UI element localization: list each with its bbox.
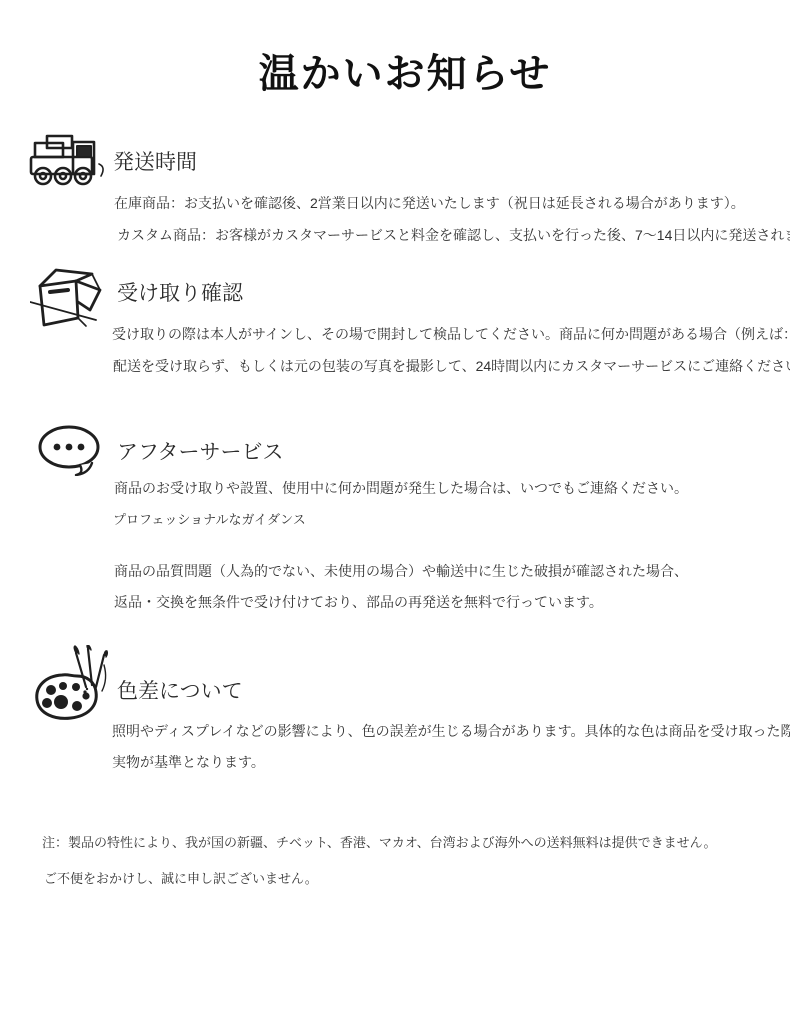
- receipt-confirmation-text: 受け取りの際は本人がサインし、その場で開封して検品してください。商品に何か問題が…: [112, 324, 790, 344]
- color-difference-text: 実物が基準となります。: [112, 752, 265, 772]
- open-box-icon: [30, 262, 112, 334]
- page-title: 温かいお知らせ: [20, 42, 790, 99]
- delivery-truck-icon: [28, 134, 110, 188]
- section-heading-after-service: アフターサービス: [117, 440, 284, 466]
- shipping-time-text: 在庫商品：お支払いを確認後、2営業日以内に発送いたします（祝日は延長される場合が…: [114, 193, 745, 213]
- after-service-text: 返品・交換を無条件で受け付けており、部品の再発送を無料で行っています。: [114, 592, 603, 612]
- footer-note: ご不便をおかけし、誠に申し訳ございません。: [44, 869, 318, 889]
- after-service-text: 商品の品質問題（人為的でない、未使用の場合）や輸送中に生じた破損が確認された場合…: [114, 561, 688, 581]
- section-heading-receipt-confirmation: 受け取り確認: [117, 281, 243, 307]
- section-heading-color-difference: 色差について: [117, 679, 243, 705]
- paint-palette-icon: [30, 645, 116, 723]
- chat-bubble-icon: [36, 424, 106, 476]
- color-difference-text: 照明やディスプレイなどの影響により、色の誤差が生じる場合があります。具体的な色は…: [112, 721, 790, 741]
- receipt-confirmation-text: 配送を受け取らず、もしくは元の包装の写真を撮影して、24時間以内にカスタマーサー…: [113, 356, 790, 376]
- notice-page: 温かいお知らせ 発送時間 在庫商品：お支払いを確認後、2営業日以内に発送いたしま…: [0, 0, 790, 1016]
- after-service-text: プロフェッショナルなガイダンス: [113, 510, 306, 530]
- section-heading-shipping-time: 発送時間: [113, 150, 197, 176]
- after-service-text: 商品のお受け取りや設置、使用中に何か問題が発生した場合は、いつでもご連絡ください…: [114, 478, 688, 498]
- footer-note: 注：製品の特性により、我が国の新疆、チベット、香港、マカオ、台湾および海外への送…: [42, 833, 716, 853]
- shipping-time-text: カスタム商品：お客様がカスタマーサービスと料金を確認し、支払いを行った後、7～1…: [117, 225, 790, 245]
